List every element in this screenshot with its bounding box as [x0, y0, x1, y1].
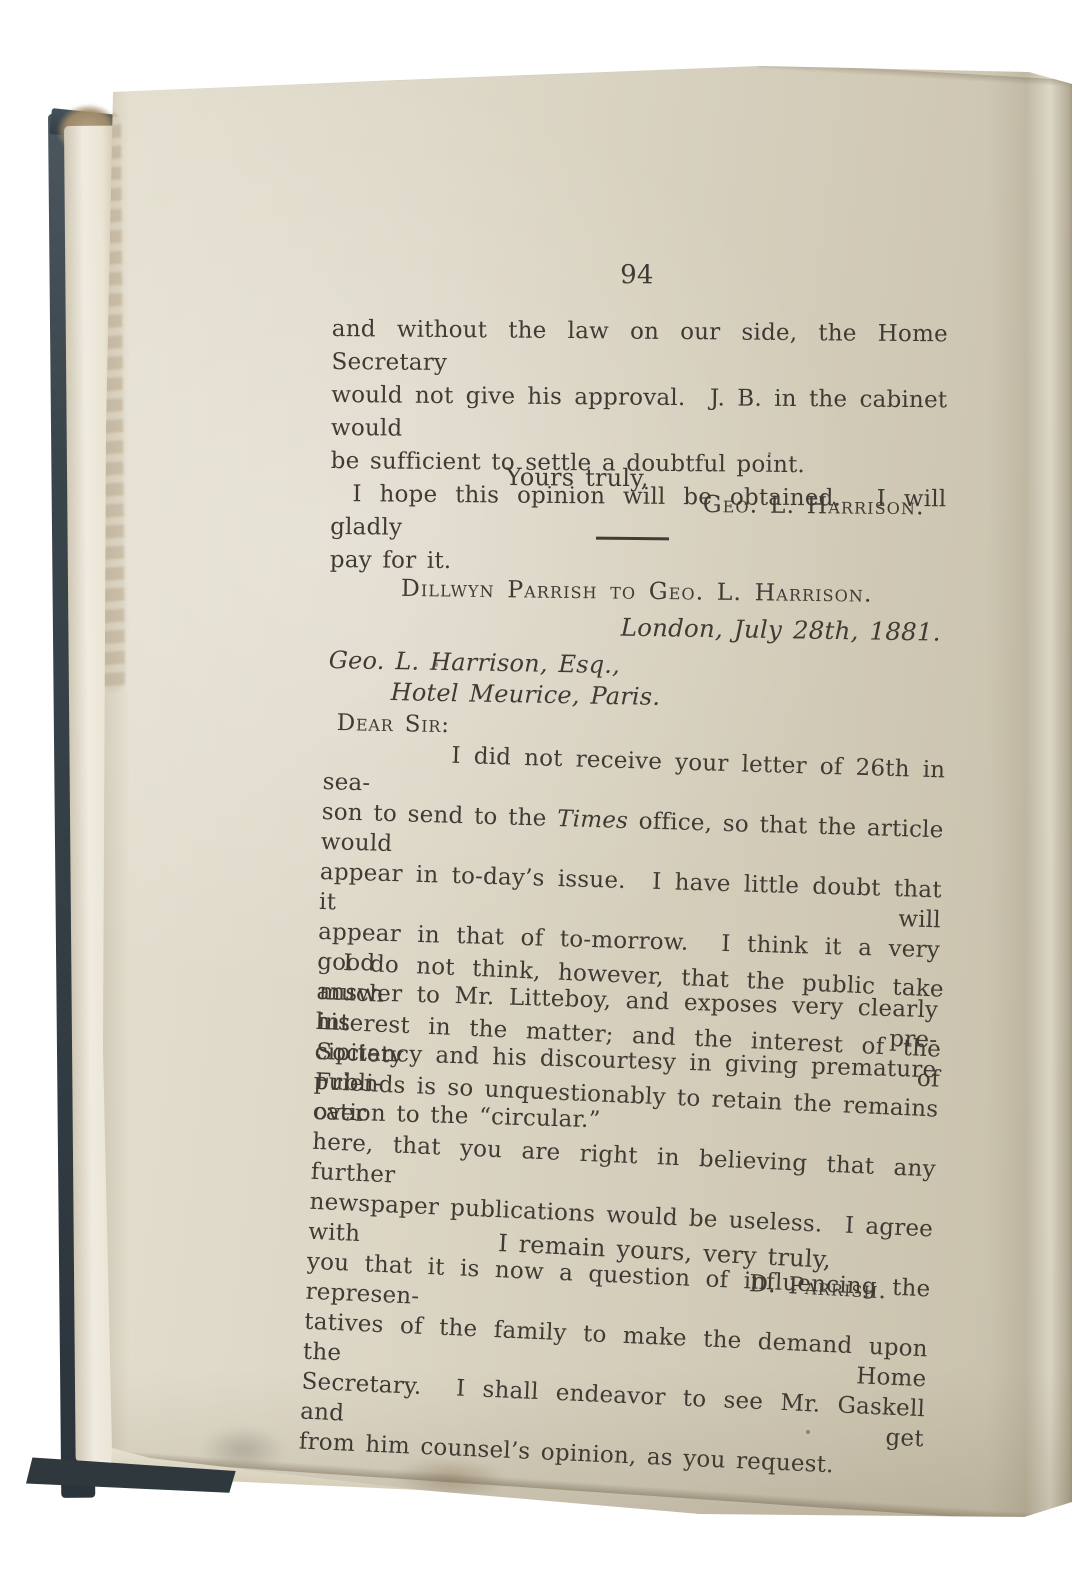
page-number: 94 — [597, 260, 677, 291]
italic-text-span: Times — [557, 806, 629, 834]
letter2-heading: Dillwyn Parrish to Geo. L. Harrison. — [327, 572, 947, 610]
text-span: son to send to the — [321, 799, 557, 832]
letter2-address-line2: Hotel Meurice, Paris. — [390, 677, 660, 712]
page-top-edge-shadow — [108, 60, 764, 93]
letter1-closing: Yours truly, — [506, 462, 649, 493]
letter2-dateline: London, July 28th, 1881. — [327, 608, 941, 648]
letter2-address-line1: Geo. L. Harrison, Esq., — [328, 645, 620, 680]
text-line: and without the law on our side, the Hom… — [331, 313, 948, 384]
letter1-signature: Geo. L. Harrison. — [703, 489, 925, 521]
book-page-photo: 94 and without the law on our side, the … — [0, 0, 1072, 1574]
letter2-paragraph-2: I do not think, however, that the public… — [298, 947, 944, 1484]
letter2-salutation: Dear Sir: — [336, 708, 450, 740]
text-line: would not give his approval. J. B. in th… — [331, 379, 948, 450]
book-page: 94 and without the law on our side, the … — [0, 0, 1072, 1574]
page-right-fold-shading — [988, 66, 1072, 1516]
letter1-body: and without the law on our side, the Hom… — [330, 313, 948, 582]
